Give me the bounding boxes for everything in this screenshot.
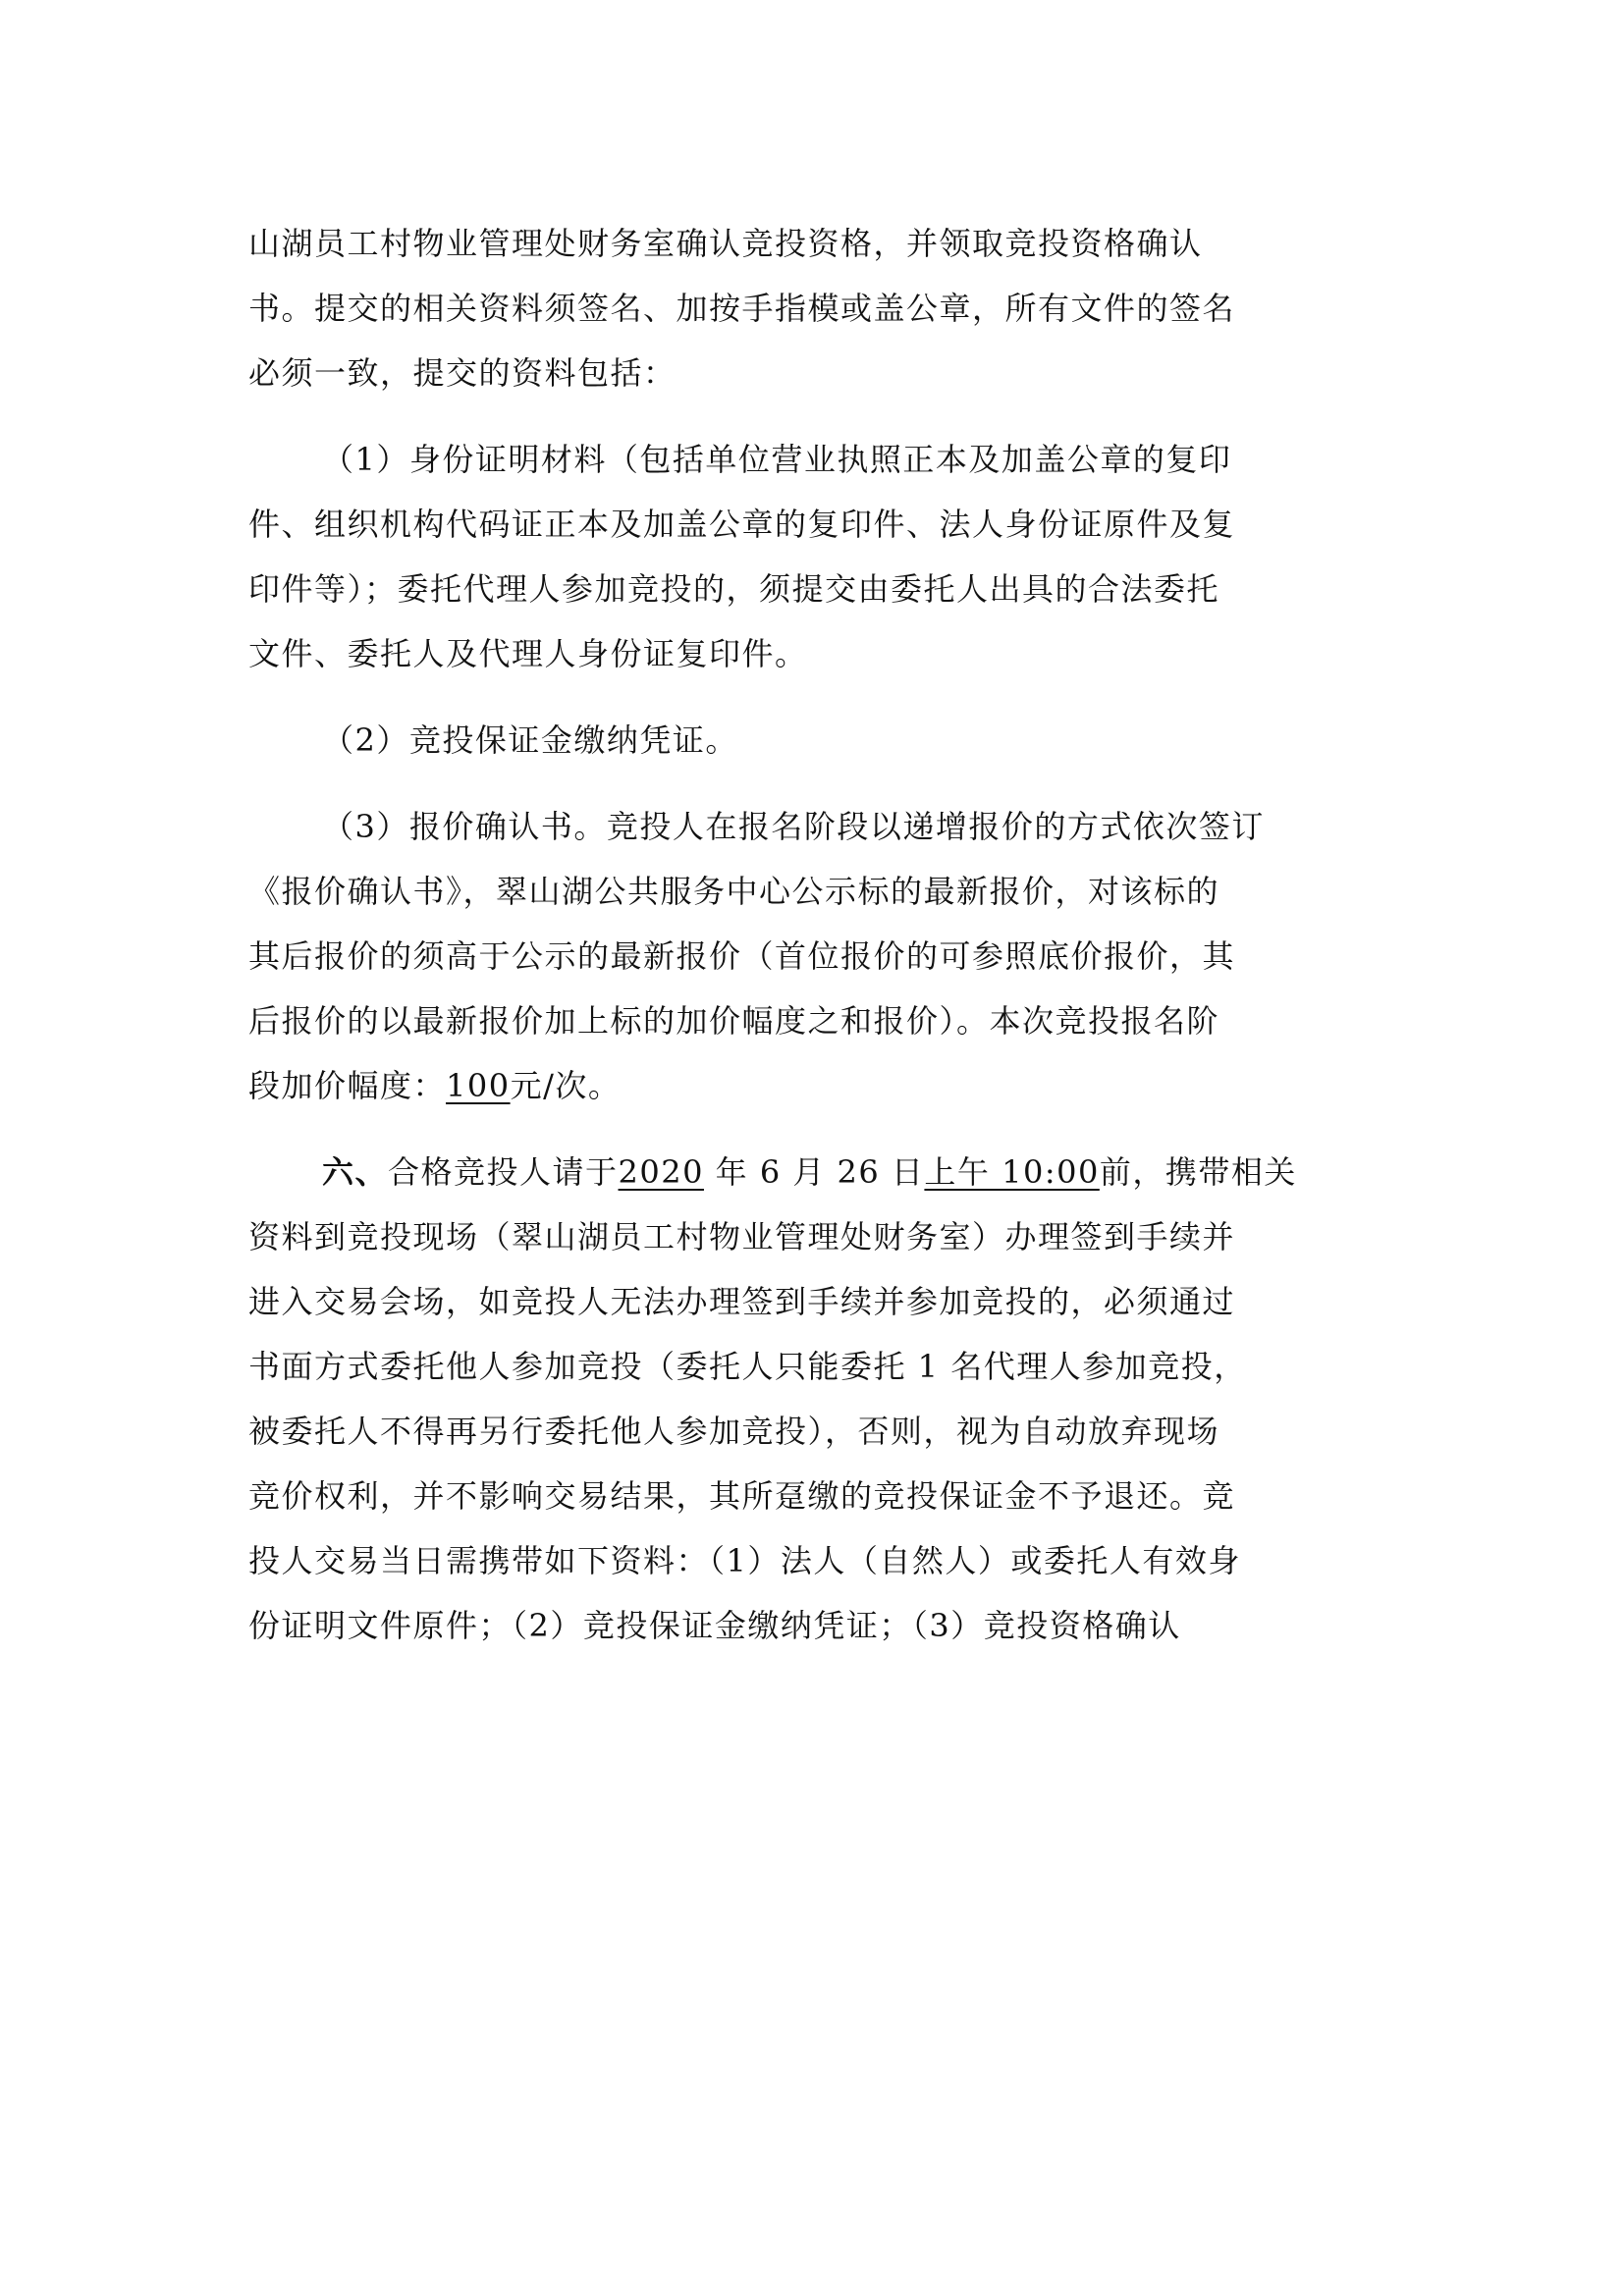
text-line: 份证明文件原件；（2）竞投保证金缴纳凭证；（3）竞投资格确认	[248, 1593, 1387, 1658]
text-line: 《报价确认书》，翠山湖公共服务中心公示标的最新报价，对该标的	[248, 859, 1387, 924]
text-line: 六、合格竞投人请于2020 年 6 月 26 日上午 10:00前，携带相关	[248, 1140, 1387, 1204]
text-line: （2）竞投保证金缴纳凭证。	[248, 708, 1387, 773]
year-value: 2020	[619, 1153, 704, 1191]
text-line: 印件等）；委托代理人参加竞投的，须提交由委托人出具的合法委托	[248, 557, 1387, 621]
text-line: 其后报价的须高于公示的最新报价（首位报价的可参照底价报价，其	[248, 924, 1387, 988]
text-line: 必须一致，提交的资料包括：	[248, 341, 1387, 405]
text-line: 被委托人不得再另行委托他人参加竞投），否则，视为自动放弃现场	[248, 1399, 1387, 1464]
item-2-deposit-proof: （2）竞投保证金缴纳凭证。	[248, 708, 1387, 773]
paragraph-qualification: 山湖员工村物业管理处财务室确认竞投资格，并领取竞投资格确认 书。提交的相关资料须…	[248, 211, 1387, 405]
item-3-quote-confirmation: （3）报价确认书。竞投人在报名阶段以递增报价的方式依次签订 《报价确认书》，翠山…	[248, 794, 1387, 1118]
text-line: （1）身份证明材料（包括单位营业执照正本及加盖公章的复印	[248, 427, 1387, 492]
text-line: （3）报价确认书。竞投人在报名阶段以递增报价的方式依次签订	[248, 794, 1387, 859]
increment-unit: 元/次。	[511, 1067, 622, 1104]
date-text: 年 6 月 26 日	[716, 1153, 925, 1191]
item-1-identity-docs: （1）身份证明材料（包括单位营业执照正本及加盖公章的复印 件、组织机构代码证正本…	[248, 427, 1387, 686]
text-span: 前，携带相关	[1100, 1153, 1297, 1191]
section-heading: 六、	[322, 1153, 388, 1191]
text-line: 段加价幅度：100元/次。	[248, 1053, 1387, 1118]
text-line: 书。提交的相关资料须签名、加按手指模或盖公章，所有文件的签名	[248, 276, 1387, 341]
text-line: 投人交易当日需携带如下资料：（1）法人（自然人）或委托人有效身	[248, 1528, 1387, 1593]
time-value: 上午 10:00	[924, 1153, 1099, 1191]
text-line: 文件、委托人及代理人身份证复印件。	[248, 621, 1387, 686]
text-line: 山湖员工村物业管理处财务室确认竞投资格，并领取竞投资格确认	[248, 211, 1387, 276]
text-line: 竞价权利，并不影响交易结果，其所趸缴的竞投保证金不予退还。竞	[248, 1464, 1387, 1528]
text-line: 资料到竞投现场（翠山湖员工村物业管理处财务室）办理签到手续并	[248, 1204, 1387, 1269]
text-line: 书面方式委托他人参加竞投（委托人只能委托 1 名代理人参加竞投，	[248, 1334, 1387, 1399]
text-span: 合格竞投人请于	[388, 1153, 619, 1191]
increment-value: 100	[446, 1067, 511, 1104]
document-page: 山湖员工村物业管理处财务室确认竞投资格，并领取竞投资格确认 书。提交的相关资料须…	[248, 211, 1387, 1658]
section-6-sign-in: 六、合格竞投人请于2020 年 6 月 26 日上午 10:00前，携带相关 资…	[248, 1140, 1387, 1658]
increment-label: 段加价幅度：	[248, 1067, 446, 1104]
text-line: 件、组织机构代码证正本及加盖公章的复印件、法人身份证原件及复	[248, 492, 1387, 557]
text-line: 后报价的以最新报价加上标的加价幅度之和报价）。本次竞投报名阶	[248, 988, 1387, 1053]
text-line: 进入交易会场，如竞投人无法办理签到手续并参加竞投的，必须通过	[248, 1269, 1387, 1334]
